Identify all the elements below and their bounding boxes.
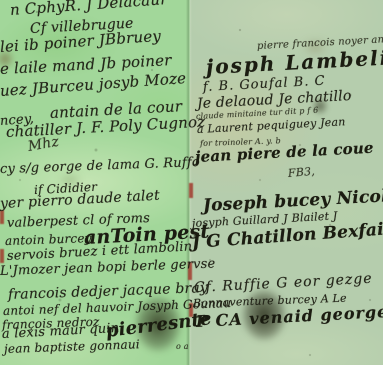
document-scan: n CphyR. J Delacaur Cf villebrugue lei i… (0, 0, 383, 365)
signature-flourish: FB3, (287, 165, 315, 180)
red-edge-mark (0, 249, 4, 263)
signature-line: o a (176, 342, 189, 351)
red-edge-mark (0, 210, 4, 224)
red-edge-mark (189, 183, 193, 198)
